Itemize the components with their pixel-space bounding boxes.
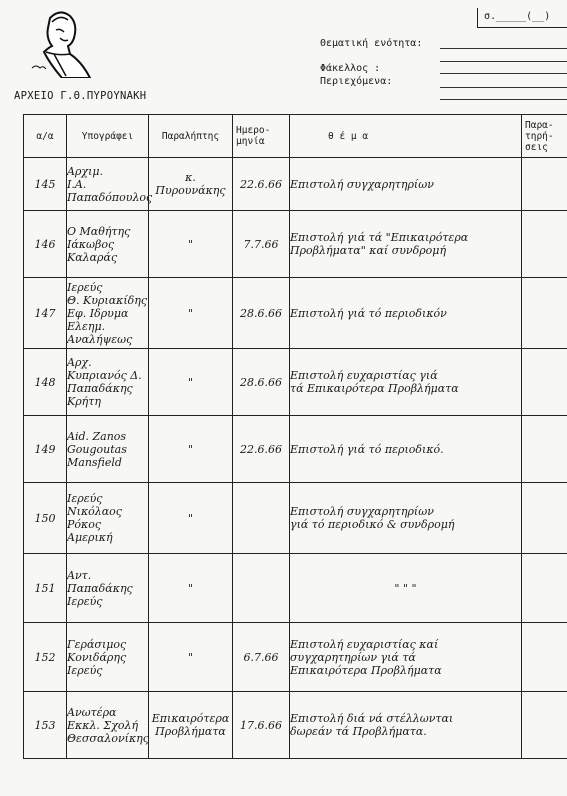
correspondence-register-table: α/α Υπογράφει Παραλήπτης Ημερο- μηνία θ … xyxy=(23,114,567,759)
subject-line: Επιστολή διά νά στέλλωνται xyxy=(290,712,521,725)
reference-box: σ._____(__) xyxy=(477,8,567,28)
row-number: 151 xyxy=(24,554,67,623)
table-row: 151Αντ. ΠαπαδάκηςΙερεύς"" " " xyxy=(24,554,567,623)
table-row: 146Ο ΜαθήτηςΙάκωβοςΚαλαράς"7.7.66Επιστολ… xyxy=(24,211,567,278)
signer-line: Gougoutas xyxy=(67,443,148,456)
subject-line: γιά τό περιοδικό & συνδρομή xyxy=(290,518,521,531)
row-subject: Επιστολή γιά τά "ΕπικαιρότεραΠροβλήματα"… xyxy=(290,211,522,278)
signer-line: Εφ. Ιδρυμα xyxy=(67,307,148,320)
signer-line: Ελεημ. Αναλήψεως xyxy=(67,320,148,346)
subject-line: Προβλήματα" καί συνδρομή xyxy=(290,244,521,257)
subject-line: Επιστολή συγχαρητηρίων xyxy=(290,505,521,518)
col-header-recipient: Παραλήπτης xyxy=(149,115,233,158)
row-number: 148 xyxy=(24,349,67,416)
col-header-notes-line2: τηρή- xyxy=(525,131,564,142)
row-date xyxy=(233,554,290,623)
col-header-date-line2: μηνία xyxy=(236,136,286,147)
signer-line: Ρόκος xyxy=(67,518,148,531)
subject-line: τά Επικαιρότερα Προβλήματα xyxy=(290,382,521,395)
row-signer: ΙερεύςΘ. ΚυριακίδηςΕφ. ΙδρυμαΕλεημ. Αναλ… xyxy=(67,278,149,349)
signer-line: Θεσσαλονίκης xyxy=(67,732,148,745)
row-notes xyxy=(522,692,567,759)
table-row: 145Αρχιμ.Ι.Α. Παπαδόπουλοςκ. Πυρουνάκης2… xyxy=(24,158,567,211)
signer-line: Εκκλ. Σχολή xyxy=(67,719,148,732)
row-number: 145 xyxy=(24,158,67,211)
signer-line: Ιερεύς xyxy=(67,595,148,608)
row-signer: ΙερεύςΝικόλαοςΡόκοςΑμερική xyxy=(67,483,149,554)
signer-line: Νικόλαος xyxy=(67,505,148,518)
row-subject: Επιστολή ευχαριστίας καίσυγχαρητηρίων γι… xyxy=(290,623,522,692)
row-date: 6.7.66 xyxy=(233,623,290,692)
row-number: 146 xyxy=(24,211,67,278)
field-line-extra xyxy=(440,61,567,62)
signer-line: Ιάκωβος xyxy=(67,238,148,251)
col-header-date-line1: Ημερο- xyxy=(236,125,286,136)
signer-line: Ανωτέρα xyxy=(67,706,148,719)
row-number: 152 xyxy=(24,623,67,692)
col-header-number: α/α xyxy=(24,115,67,158)
field-line-thematic-unit xyxy=(440,48,567,49)
table-row: 153ΑνωτέραΕκκλ. ΣχολήΘεσσαλονίκηςΕπικαιρ… xyxy=(24,692,567,759)
subject-line: " " " xyxy=(290,582,521,595)
field-label-contents: Περιεχόμενα: xyxy=(320,76,392,87)
table-row: 147ΙερεύςΘ. ΚυριακίδηςΕφ. ΙδρυμαΕλεημ. Α… xyxy=(24,278,567,349)
row-subject: " " " xyxy=(290,554,522,623)
signer-line: Ιερεύς xyxy=(67,492,148,505)
signer-line: Κρήτη xyxy=(67,395,148,408)
signer-line: Παπαδάκης xyxy=(67,382,148,395)
row-notes xyxy=(522,623,567,692)
row-date: 22.6.66 xyxy=(233,158,290,211)
portrait-logo xyxy=(30,8,98,78)
signer-line: Θ. Κυριακίδης xyxy=(67,294,148,307)
col-header-subject: θ έ μ α xyxy=(290,115,522,158)
row-recipient: κ. Πυρουνάκης xyxy=(149,158,233,211)
signer-line: Αντ. Παπαδάκης xyxy=(67,569,148,595)
subject-line: Επιστολή γιά τά "Επικαιρότερα xyxy=(290,231,521,244)
row-recipient: " xyxy=(149,416,233,483)
row-recipient: " xyxy=(149,554,233,623)
row-subject: Επιστολή διά νά στέλλωνταιδωρεάν τά Προβ… xyxy=(290,692,522,759)
row-recipient: Επικαιρότερα Προβλήματα xyxy=(149,692,233,759)
row-date: 22.6.66 xyxy=(233,416,290,483)
row-signer: Αρχιμ.Ι.Α. Παπαδόπουλος xyxy=(67,158,149,211)
signer-line: Ο Μαθήτης xyxy=(67,225,148,238)
row-recipient: " xyxy=(149,278,233,349)
col-header-notes-line1: Παρα- xyxy=(525,120,564,131)
row-number: 147 xyxy=(24,278,67,349)
field-line-contents xyxy=(440,87,567,88)
row-subject: Επιστολή γιά τό περιοδικό. xyxy=(290,416,522,483)
row-date: 7.7.66 xyxy=(233,211,290,278)
subject-line: Επιστολή ευχαριστίας γιά xyxy=(290,369,521,382)
signer-line: Αρχιμ. xyxy=(67,165,148,178)
col-header-notes-line3: σεις xyxy=(525,142,564,153)
row-signer: Αρχ.Κυπριανός Δ.ΠαπαδάκηςΚρήτη xyxy=(67,349,149,416)
field-line-contents-2 xyxy=(440,99,567,100)
subject-line: συγχαρητηρίων γιά τά xyxy=(290,651,521,664)
row-signer: ΑνωτέραΕκκλ. ΣχολήΘεσσαλονίκης xyxy=(67,692,149,759)
col-header-date: Ημερο- μηνία xyxy=(233,115,290,158)
row-date: 28.6.66 xyxy=(233,349,290,416)
table-row: 152ΓεράσιμοςΚονιδάρηςΙερεύς"6.7.66Επιστο… xyxy=(24,623,567,692)
subject-line: Επικαιρότερα Προβλήματα xyxy=(290,664,521,677)
subject-line: Επιστολή ευχαριστίας καί xyxy=(290,638,521,651)
row-recipient: " xyxy=(149,211,233,278)
col-header-signer: Υπογράφει xyxy=(67,115,149,158)
row-signer: Αντ. ΠαπαδάκηςΙερεύς xyxy=(67,554,149,623)
signer-line: Αμερική xyxy=(67,531,148,544)
row-signer: Aid. ZanosGougoutasMansfield xyxy=(67,416,149,483)
field-label-thematic-unit: Θεματική ενότητα: xyxy=(320,38,422,49)
row-subject: Επιστολή συγχαρητηρίωνγιά τό περιοδικό &… xyxy=(290,483,522,554)
row-date: 17.6.66 xyxy=(233,692,290,759)
row-date xyxy=(233,483,290,554)
signer-line: Κυπριανός Δ. xyxy=(67,369,148,382)
table-row: 149Aid. ZanosGougoutasMansfield"22.6.66Ε… xyxy=(24,416,567,483)
field-line-folder xyxy=(440,73,567,74)
signer-line: Mansfield xyxy=(67,456,148,469)
signer-line: Αρχ. xyxy=(67,356,148,369)
row-notes xyxy=(522,554,567,623)
table-row: 150ΙερεύςΝικόλαοςΡόκοςΑμερική"Επιστολή σ… xyxy=(24,483,567,554)
row-notes xyxy=(522,278,567,349)
signer-line: Ιερεύς xyxy=(67,664,148,677)
table-header-row: α/α Υπογράφει Παραλήπτης Ημερο- μηνία θ … xyxy=(24,115,567,158)
col-header-notes: Παρα- τηρή- σεις xyxy=(522,115,567,158)
subject-line: δωρεάν τά Προβλήματα. xyxy=(290,725,521,738)
row-notes xyxy=(522,349,567,416)
row-subject: Επιστολή ευχαριστίας γιάτά Επικαιρότερα … xyxy=(290,349,522,416)
row-notes xyxy=(522,211,567,278)
row-notes xyxy=(522,483,567,554)
row-signer: Ο ΜαθήτηςΙάκωβοςΚαλαράς xyxy=(67,211,149,278)
signer-line: Ιερεύς xyxy=(67,281,148,294)
table-row: 148Αρχ.Κυπριανός Δ.ΠαπαδάκηςΚρήτη"28.6.6… xyxy=(24,349,567,416)
row-number: 150 xyxy=(24,483,67,554)
subject-line: Επιστολή γιά τό περιοδικό. xyxy=(290,443,521,456)
row-subject: Επιστολή γιά τό περιοδικόν xyxy=(290,278,522,349)
signer-line: Γεράσιμος xyxy=(67,638,148,651)
signer-line: Aid. Zanos xyxy=(67,430,148,443)
row-date: 28.6.66 xyxy=(233,278,290,349)
row-notes xyxy=(522,158,567,211)
row-recipient: " xyxy=(149,623,233,692)
row-number: 153 xyxy=(24,692,67,759)
row-number: 149 xyxy=(24,416,67,483)
archive-title: ΑΡΧΕΙΟ Γ.Θ.ΠΥΡΟΥΝΑΚΗ xyxy=(14,90,146,102)
subject-line: Επιστολή συγχαρητηρίων xyxy=(290,178,521,191)
row-signer: ΓεράσιμοςΚονιδάρηςΙερεύς xyxy=(67,623,149,692)
row-subject: Επιστολή συγχαρητηρίων xyxy=(290,158,522,211)
row-notes xyxy=(522,416,567,483)
field-label-folder: Φάκελλος : xyxy=(320,63,380,74)
row-recipient: " xyxy=(149,483,233,554)
signer-line: Ι.Α. Παπαδόπουλος xyxy=(67,178,148,204)
signer-line: Καλαράς xyxy=(67,251,148,264)
row-recipient: " xyxy=(149,349,233,416)
subject-line: Επιστολή γιά τό περιοδικόν xyxy=(290,307,521,320)
signer-line: Κονιδάρης xyxy=(67,651,148,664)
